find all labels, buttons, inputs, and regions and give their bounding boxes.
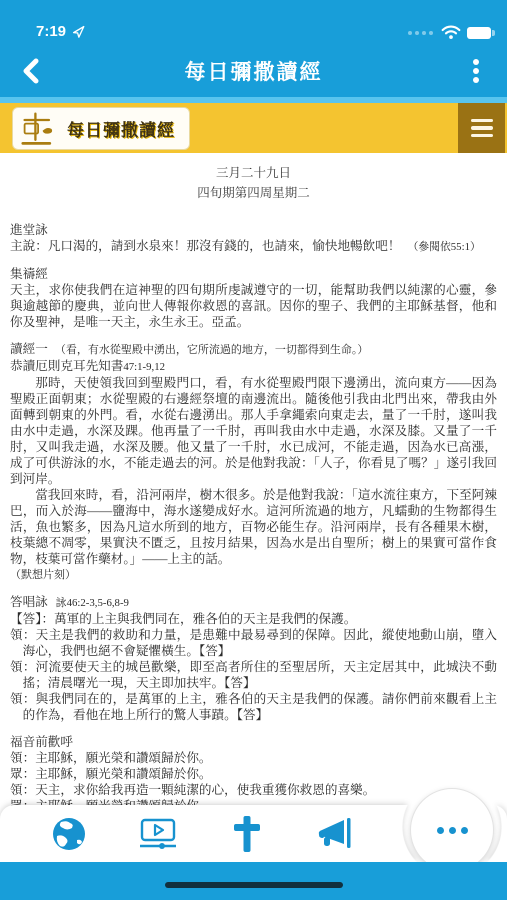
location-arrow-icon	[71, 24, 86, 39]
date-block: 三月二十九日 四旬期第四周星期二	[0, 163, 507, 203]
globe-icon	[51, 816, 87, 852]
hamburger-menu-button[interactable]	[458, 103, 505, 153]
app-screen: 7:19 每日彌撒讀經	[0, 0, 507, 900]
psalm-verse: 領：河流要使天主的城邑歡樂，即至高者所住的至聖居所，天主定居其中，此城決不動搖；…	[10, 659, 497, 691]
readings-text: 進堂詠 主說：凡口渴的，請到水泉來！那沒有錢的，也請來，愉快地暢飲吧！ （參閱依…	[0, 203, 507, 842]
psalm-verse: 領：與我們同在的，是萬軍的上主，雅各伯的天主是我們的保護。請你們前來觀看上主的作…	[10, 691, 497, 723]
psalm-ref: 詠46:2-3,5-6,8-9	[56, 597, 129, 609]
megaphone-icon	[316, 816, 356, 852]
site-logo[interactable]: 每日彌撒讀經	[12, 107, 190, 150]
page-content[interactable]: 每日彌撒讀經 三月二十九日 四旬期第四周星期二 進堂詠 主說：凡口渴的，請到水泉…	[0, 103, 507, 900]
ellipsis-icon	[437, 827, 444, 834]
acclamation-line: 領：主耶穌，願光榮和讚頌歸於你。	[10, 750, 497, 766]
cross-lamp-logo-icon	[19, 111, 59, 147]
site-banner: 每日彌撒讀經	[0, 103, 507, 153]
wifi-icon	[441, 25, 461, 40]
acclamation-title: 福音前歡呼	[10, 734, 497, 750]
liturgical-day-line: 四旬期第四周星期二	[0, 183, 507, 203]
globe-button[interactable]	[49, 814, 89, 854]
status-bar: 7:19	[0, 0, 507, 44]
psalm-title: 答唱詠詠46:2-3,5-6,8-9	[10, 594, 497, 611]
page-title: 每日彌撒讀經	[185, 56, 323, 86]
cross-button[interactable]	[227, 814, 267, 854]
entrance-antiphon-text: 主說：凡口渴的，請到水泉來！那沒有錢的，也請來，愉快地暢飲吧！ （參閱依55:1…	[10, 238, 497, 255]
reading1-note: （看，有水從聖殿中湧出，它所流過的地方，一切都得到生命。）	[60, 344, 368, 356]
video-player-icon	[138, 816, 178, 852]
reading1-source-ref: 47:1-9,12	[123, 361, 165, 373]
reading1-title: 讀經一 （看，有水從聖殿中湧出，它所流過的地方，一切都得到生命。）	[10, 341, 497, 358]
psalm-response: 【答】：萬軍的上主與我們同在，雅各伯的天主是我們的保護。	[10, 611, 497, 627]
overflow-menu-button[interactable]	[459, 52, 493, 90]
more-fab-button[interactable]	[410, 788, 494, 872]
home-indicator[interactable]	[165, 882, 343, 888]
cross-icon	[231, 814, 263, 854]
video-button[interactable]	[138, 814, 178, 854]
reading1-paragraph: 那時，天使領我回到聖殿門口，看，有水從聖殿門限下邊湧出，流向東方——因為聖殿正面…	[10, 375, 497, 487]
entrance-antiphon-title: 進堂詠	[10, 222, 497, 238]
nav-bar: 每日彌撒讀經	[0, 44, 507, 97]
megaphone-button[interactable]	[316, 814, 356, 854]
back-chevron-icon	[21, 58, 41, 84]
meditation-note: （默想片刻）	[10, 567, 497, 583]
clock: 7:19	[36, 23, 66, 40]
date-line: 三月二十九日	[0, 163, 507, 183]
site-logo-title: 每日彌撒讀經	[67, 116, 175, 141]
acclamation-line: 眾：主耶穌，願光榮和讚頌歸於你。	[10, 766, 497, 782]
kebab-dot	[473, 59, 479, 65]
collect-title: 集禱經	[10, 266, 497, 282]
cellular-signal-icon	[408, 31, 433, 35]
battery-icon	[467, 27, 491, 39]
entrance-ref: （參閱依55:1）	[413, 241, 481, 253]
collect-text: 天主，求你使我們在這神聖的四旬期所虔誠遵守的一切，能幫助我們以純潔的心靈，參與逾…	[10, 282, 497, 330]
reading1-paragraph: 當我回來時，看，沿河兩岸，樹木很多。於是他對我說：「這水流往東方，下至阿辣巴，而…	[10, 487, 497, 567]
hamburger-icon	[471, 119, 493, 123]
reading1-source: 恭讀厄則克耳先知書47:1-9,12	[10, 358, 497, 375]
bottom-strip	[0, 862, 507, 900]
back-button[interactable]	[12, 52, 50, 90]
psalm-verse: 領：天主是我們的救助和力量，是患難中最易尋到的保障。因此，縱使地動山崩，墮入海心…	[10, 627, 497, 659]
acclamation-line: 領：天主，求你給我再造一顆純潔的心，使我重獲你救恩的喜樂。	[10, 782, 497, 798]
